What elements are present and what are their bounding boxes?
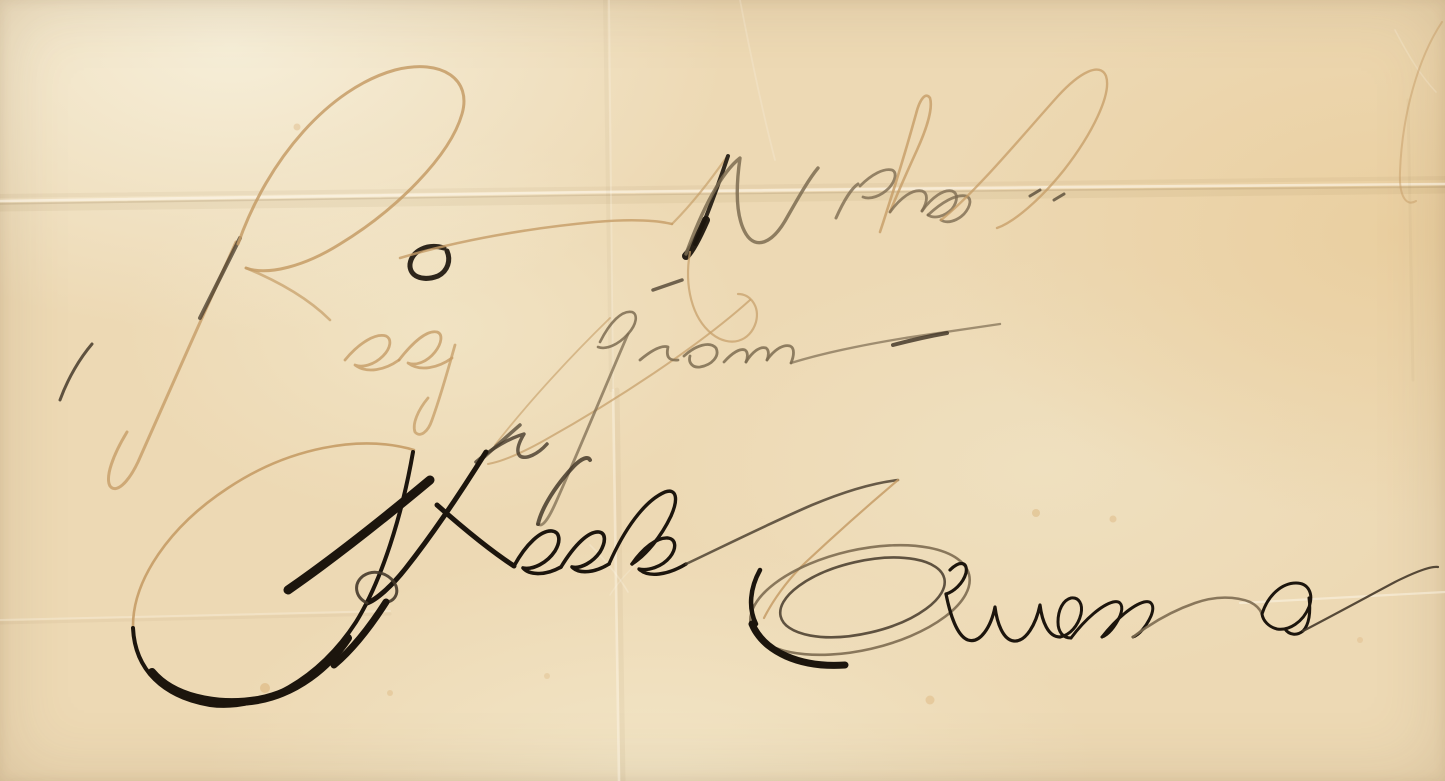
signature-word-jesse: Jesse [133,444,898,706]
foxing-spot [544,673,550,679]
handwriting-word-wishes: Wishes [476,22,1442,464]
handwriting-layer: Best Wishes [0,0,1445,781]
handwriting-word-best: Best [60,67,726,489]
foxing-spot [260,683,270,693]
autograph-scan: Best Wishes [0,0,1445,781]
foxing-spot [387,690,393,696]
foxing-spot [1110,516,1117,523]
foxing-spot [1357,637,1363,643]
foxing-spot [1032,509,1040,517]
foxing-spots [260,124,1363,705]
fold-crease-horizontal [0,178,1445,207]
minor-creases [0,0,1445,623]
foxing-spot [926,696,935,705]
foxing-spot [294,124,301,131]
signature-word-owens: Owens [740,480,1438,674]
fold-crease-vertical [605,0,623,781]
